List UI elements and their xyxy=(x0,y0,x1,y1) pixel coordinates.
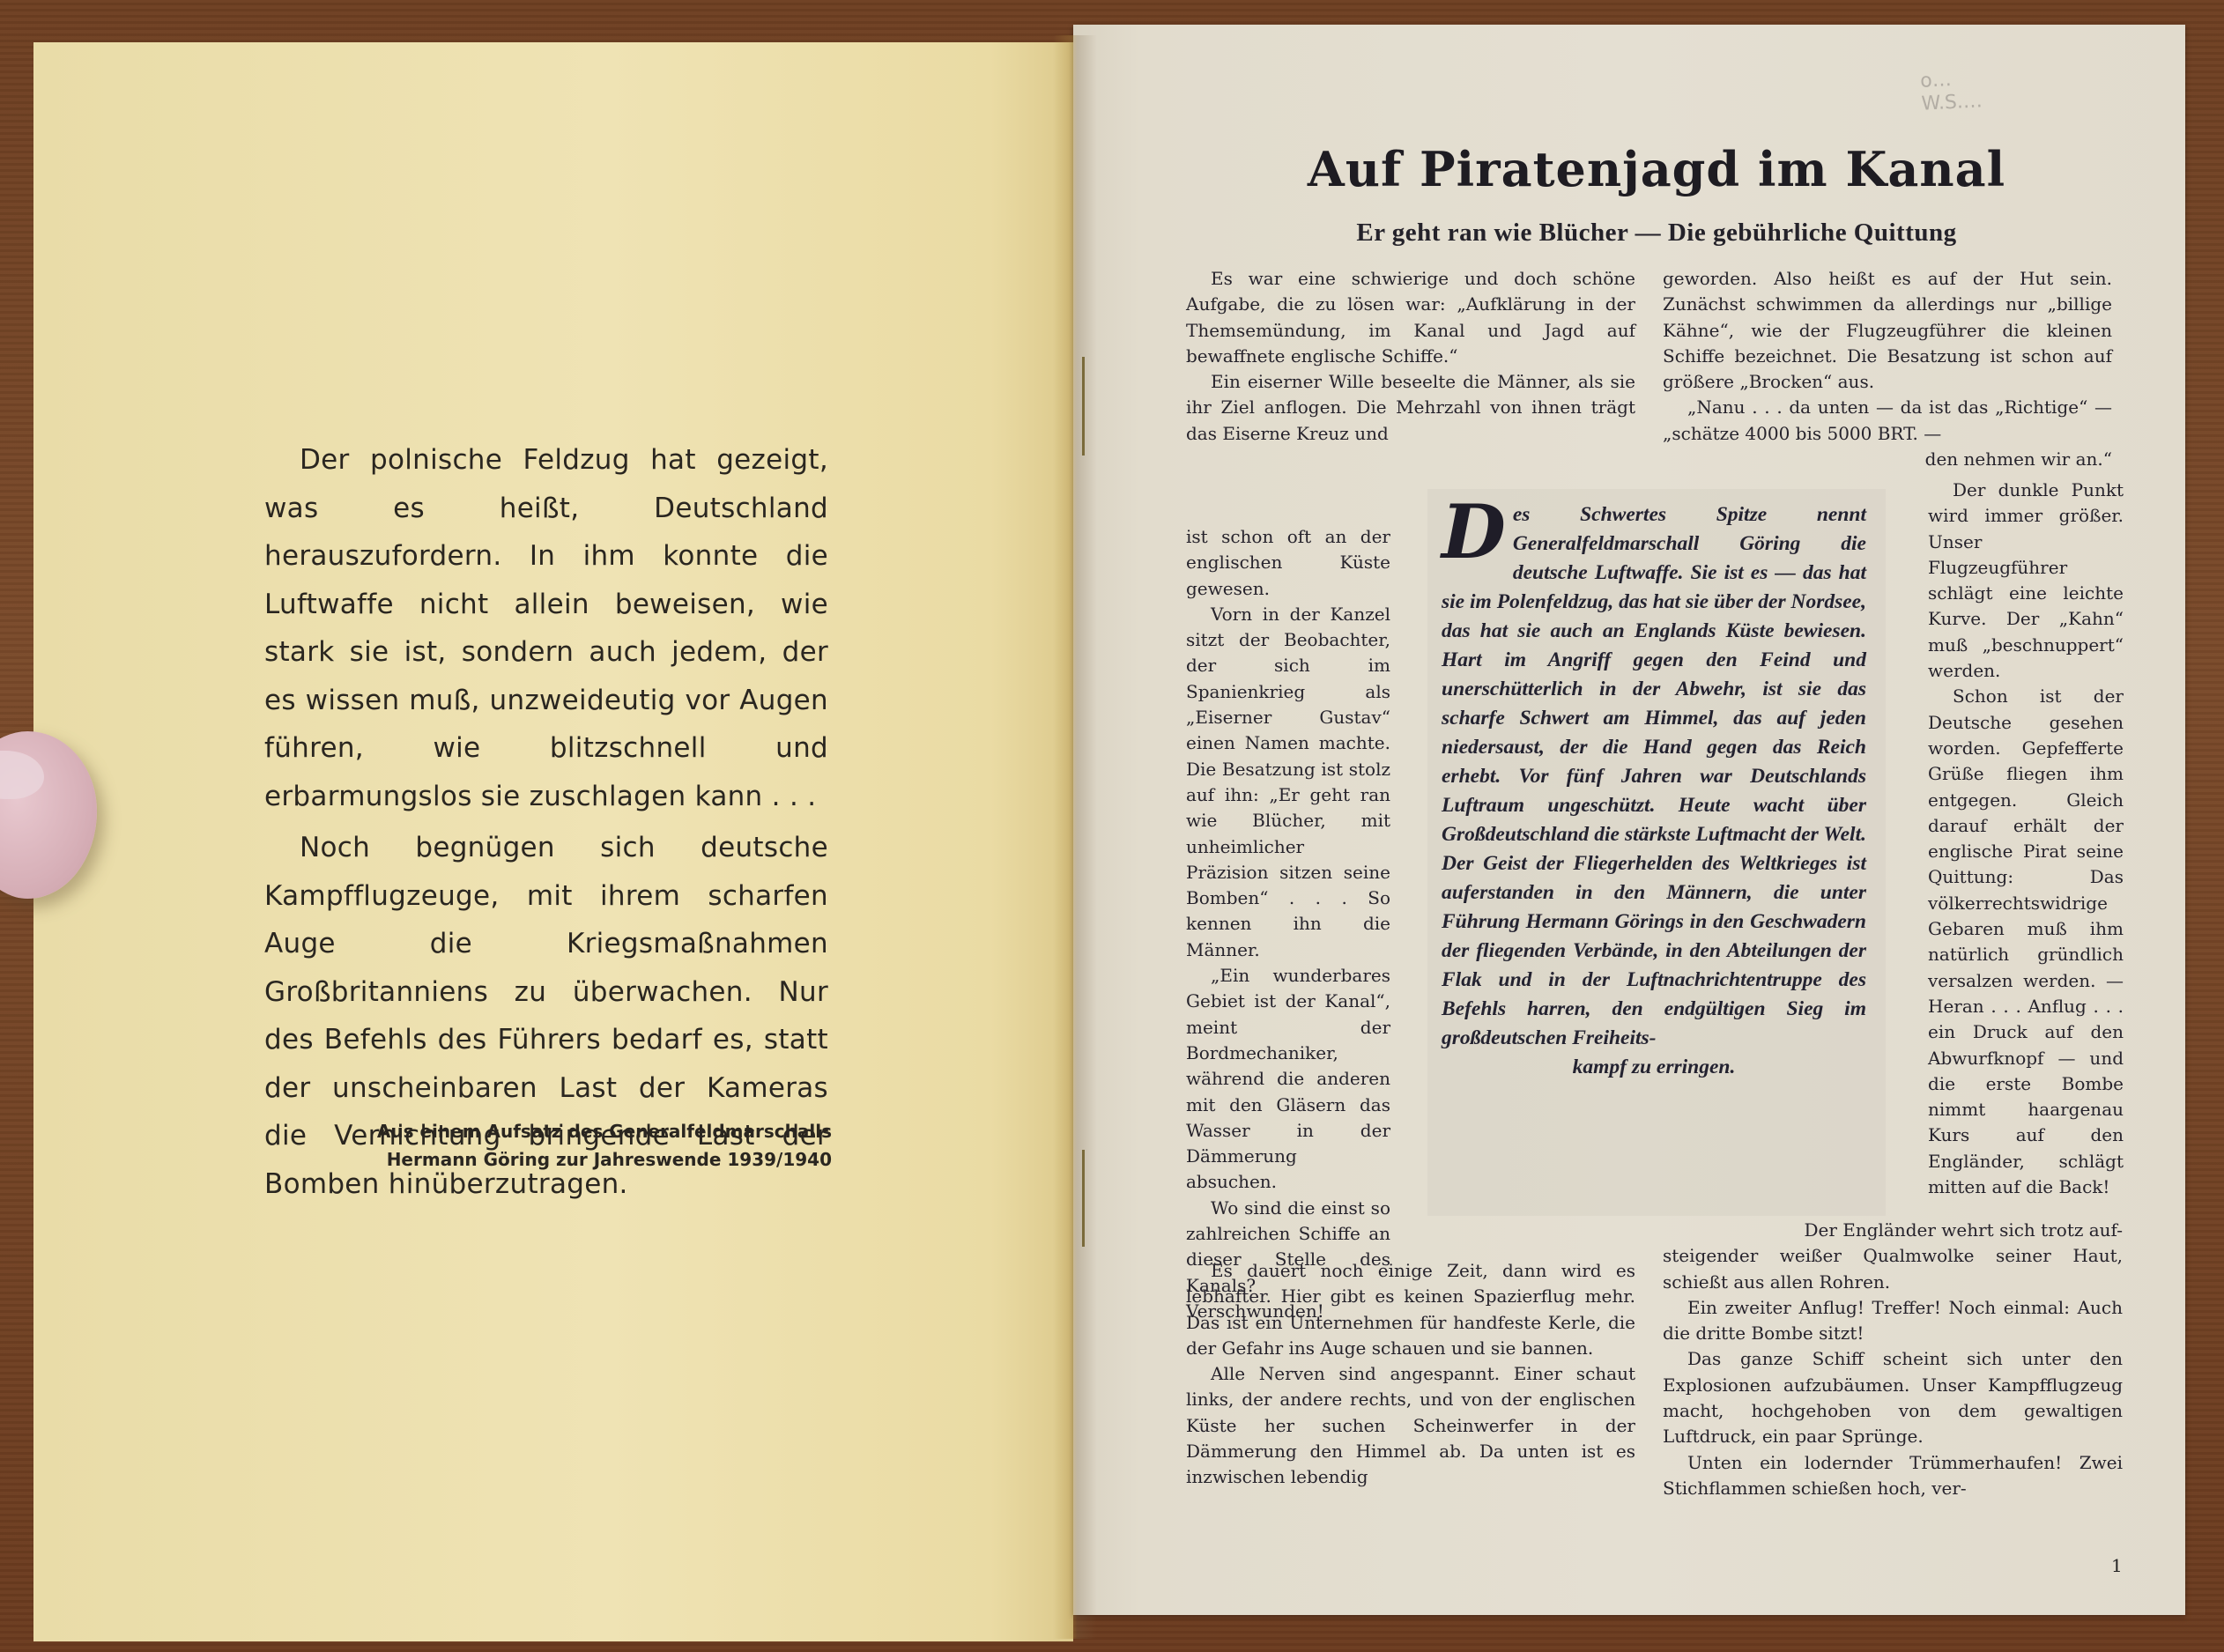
paragraph: „Ein wunderbares Gebiet ist der Kanal“, … xyxy=(1186,963,1390,1196)
paragraph: geworden. Also heißt es auf der Hut sein… xyxy=(1663,266,2112,395)
article-title: Auf Piratenjagd im Kanal xyxy=(1172,141,2141,197)
column-left-narrow: ist schon oft an der englischen Küste ge… xyxy=(1186,524,1390,1324)
paragraph-tail: den nehmen wir an.“ xyxy=(1663,447,2112,472)
feature-last-line: kampf zu erringen. xyxy=(1442,1053,1866,1082)
paragraph: Vorn in der Kanzel sitzt der Beobachter,… xyxy=(1186,602,1390,963)
paragraph: Das ganze Schiff scheint sich unter den … xyxy=(1663,1346,2123,1449)
paragraph: Ein zweiter Anflug! Treffer! Noch einmal… xyxy=(1663,1295,2123,1347)
column-right-top: geworden. Also heißt es auf der Hut sein… xyxy=(1663,266,2112,472)
paragraph: Ein eiserner Wille beseelte die Männer, … xyxy=(1186,369,1635,447)
pencil-annotation: o… W.S.… xyxy=(1920,67,1983,116)
paragraph: Alle Nerven sind angespannt. Einer schau… xyxy=(1186,1361,1635,1490)
article-subtitle: Er geht ran wie Blücher — Die gebührlich… xyxy=(1172,219,2141,248)
staple-bottom xyxy=(1082,1150,1085,1247)
column-left-top: Es war eine schwierige und doch schöne A… xyxy=(1186,266,1635,447)
paragraph: Es war eine schwierige und doch schöne A… xyxy=(1186,266,1635,369)
paragraph: Schon ist der Deutsche gesehen worden. G… xyxy=(1928,684,2124,1200)
attribution-line-2: Hermann Göring zur Jahreswende 1939/1940 xyxy=(338,1145,832,1174)
feature-body: es Schwertes Spitze nennt Generalfeldmar… xyxy=(1442,503,1866,1049)
paragraph: Es dauert noch einige Zeit, dann wird es… xyxy=(1186,1258,1635,1361)
thumbnail xyxy=(0,751,44,799)
column-right-bottom: Der Engländer wehrt sich trotz auf- stei… xyxy=(1663,1218,2123,1501)
quote-paragraph-1: Der polnische Feldzug hat gezeigt, was e… xyxy=(264,436,828,820)
paragraph: Unten ein lodernder Trümmerhaufen! Zwei … xyxy=(1663,1450,2123,1502)
paragraph: ist schon oft an der englischen Küste ge… xyxy=(1186,524,1390,602)
drop-cap: D xyxy=(1442,504,1506,560)
goering-quote: Der polnische Feldzug hat gezeigt, was e… xyxy=(264,436,828,1208)
paragraph: „Nanu . . . da unten — da ist das „Richt… xyxy=(1663,395,2112,447)
feature-box-text: D es Schwertes Spitze nennt Generalfeldm… xyxy=(1442,500,1866,1082)
staple-top xyxy=(1082,357,1085,456)
column-left-bottom: Es dauert noch einige Zeit, dann wird es… xyxy=(1186,1258,1635,1491)
quote-attribution: Aus einem Aufsatz des Generalfeldmarscha… xyxy=(338,1117,832,1174)
paragraph-tail: Der Engländer wehrt sich trotz auf- xyxy=(1663,1218,2123,1243)
paragraph: steigender weißer Qualmwolke seiner Haut… xyxy=(1663,1243,2123,1295)
column-right-narrow: Der dunkle Punkt wird immer größer. Unse… xyxy=(1928,478,2124,1200)
paragraph: Der dunkle Punkt wird immer größer. Unse… xyxy=(1928,478,2124,684)
book-spine xyxy=(1053,35,1097,1639)
attribution-line-1: Aus einem Aufsatz des Generalfeldmarscha… xyxy=(338,1117,832,1145)
page-number: 1 xyxy=(2111,1555,2123,1576)
